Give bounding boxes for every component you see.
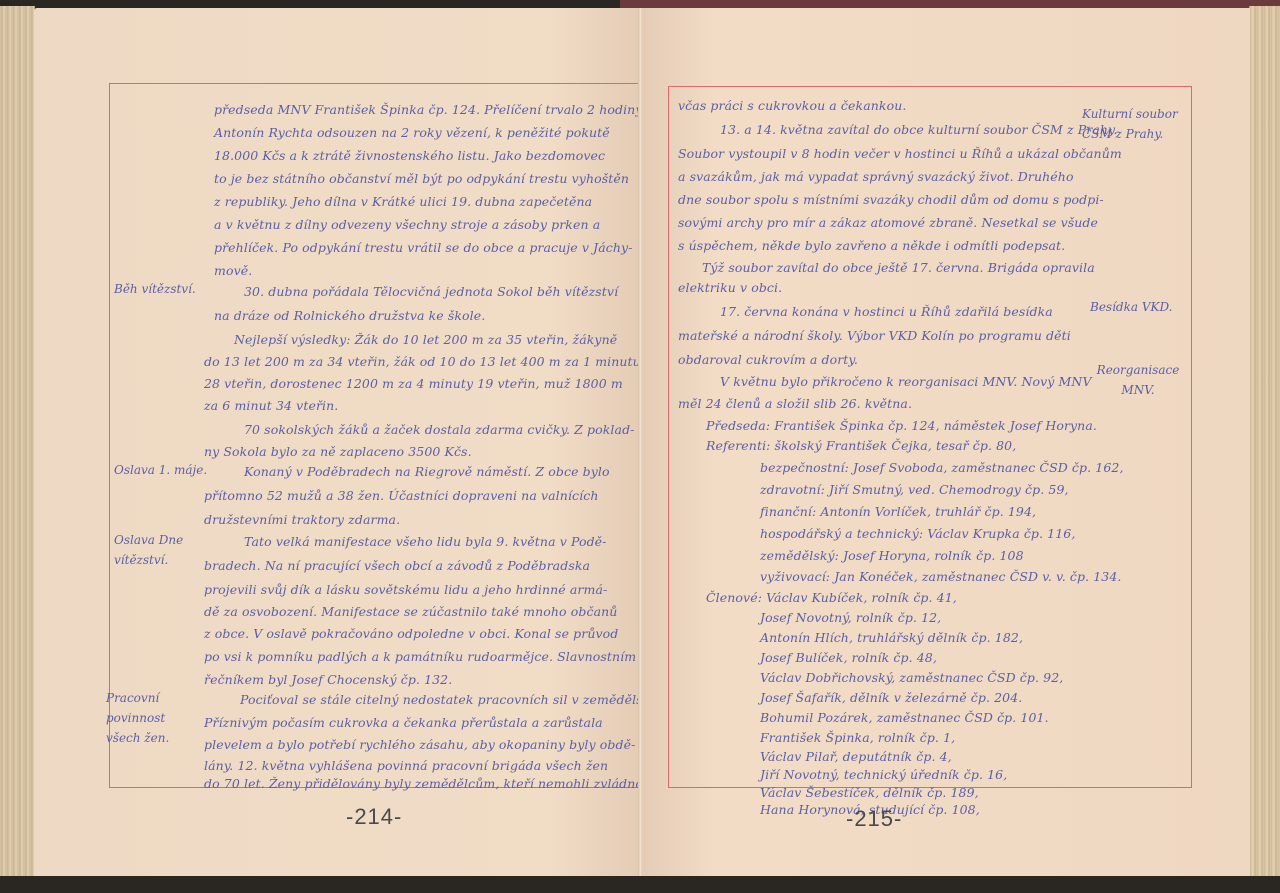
- text-line: mateřské a národní školy. Výbor VKD Kolí…: [678, 328, 1071, 343]
- text-line: Josef Bulíček, rolník čp. 48,: [760, 650, 937, 665]
- text-line: do 70 let. Ženy přidělovány byly zeměděl…: [204, 776, 656, 791]
- text-line: finanční: Antonín Vorlíček, truhlář čp. …: [760, 504, 1036, 519]
- margin-note: Reorganisace MNV.: [1090, 360, 1186, 400]
- text-line: Josef Šafařík, dělník v železárně čp. 20…: [760, 690, 1022, 705]
- text-line: Předseda: František Špinka čp. 124, námě…: [706, 418, 1097, 433]
- text-line: Jiří Novotný, technický úředník čp. 16,: [760, 767, 1007, 782]
- text-line: Josef Novotný, rolník čp. 12,: [760, 610, 941, 625]
- text-line: lány. 12. května vyhlášena povinná praco…: [204, 758, 608, 773]
- text-line: přehlíček. Po odpykání trestu vrátil se …: [214, 240, 633, 255]
- text-line: 13. a 14. května zavítal do obce kulturn…: [720, 122, 1118, 137]
- text-line: Týž soubor zavítal do obce ještě 17. čer…: [702, 260, 1095, 275]
- text-line: z obce. V oslavě pokračováno odpoledne v…: [204, 626, 618, 641]
- page-stack-left: [0, 6, 35, 876]
- page-number: -215-: [846, 806, 902, 832]
- open-book: předseda MNV František Špinka čp. 124. P…: [0, 0, 1280, 880]
- text-line: Antonín Rychta odsouzen na 2 roky vězení…: [214, 125, 610, 140]
- text-line: plevelem a bylo potřebí rychlého zásahu,…: [204, 737, 635, 752]
- margin-note: Besídka VKD.: [1090, 300, 1172, 314]
- text-line: zdravotní: Jiří Smutný, ved. Chemodrogy …: [760, 482, 1069, 497]
- text-line: Konaný v Poděbradech na Riegrově náměstí…: [244, 464, 610, 479]
- text-line: Příznivým počasím cukrovka a čekanka pře…: [204, 715, 603, 730]
- margin-note: Oslava Dne vítězství.: [114, 530, 194, 570]
- text-line: František Špinka, rolník čp. 1,: [760, 730, 955, 745]
- text-line: 28 vteřin, dorostenec 1200 m za 4 minuty…: [204, 376, 623, 391]
- text-line: Václav Pilař, deputátník čp. 4,: [760, 749, 952, 764]
- book-cover-edge: [620, 0, 1280, 8]
- left-page: předseda MNV František Špinka čp. 124. P…: [34, 8, 640, 876]
- text-line: družstevními traktory zdarma.: [204, 512, 400, 527]
- text-line: za 6 minut 34 vteřin.: [204, 398, 338, 413]
- text-line: 18.000 Kčs a k ztrátě živnostenského lis…: [214, 148, 605, 163]
- text-line: 70 sokolských žáků a žaček dostala zdarm…: [244, 422, 635, 437]
- page-stack-right: [1249, 6, 1280, 876]
- text-line: to je bez státního občanství měl být po …: [214, 171, 629, 186]
- text-line: ny Sokola bylo za ně zaplaceno 3500 Kčs.: [204, 444, 472, 459]
- text-line: Členové: Václav Kubíček, rolník čp. 41,: [706, 590, 957, 605]
- text-line: Referenti: školský František Čejka, tesa…: [706, 438, 1016, 453]
- text-line: obdaroval cukrovím a dorty.: [678, 352, 858, 367]
- text-line: dě za osvobození. Manifestace se zúčastn…: [204, 604, 617, 619]
- text-line: Soubor vystoupil v 8 hodin večer v hosti…: [678, 146, 1122, 161]
- text-line: hospodářský a technický: Václav Krupka č…: [760, 526, 1075, 541]
- page-number: -214-: [346, 804, 402, 830]
- text-line: včas práci s cukrovkou a čekankou.: [678, 98, 906, 113]
- text-line: 17. června konána v hostinci u Říhů zdař…: [720, 304, 1053, 319]
- text-line: dne soubor spolu s místními svazáky chod…: [678, 192, 1104, 207]
- margin-note: Běh vítězství.: [114, 282, 196, 296]
- text-line: zemědělský: Josef Horyna, rolník čp. 108: [760, 548, 1024, 563]
- margin-note: Pracovní povinnost všech žen.: [106, 688, 201, 748]
- text-line: mově.: [214, 263, 252, 278]
- text-line: Václav Šebestíček, dělník čp. 189,: [760, 785, 979, 800]
- text-line: bradech. Na ní pracující všech obcí a zá…: [204, 558, 590, 573]
- text-line: bezpečnostní: Josef Svoboda, zaměstnanec…: [760, 460, 1124, 475]
- text-line: V květnu bylo přikročeno k reorganisaci …: [720, 374, 1092, 389]
- text-line: sovými archy pro mír a zákaz atomové zbr…: [678, 215, 1098, 230]
- margin-note: Kulturní soubor ČSM z Prahy.: [1082, 104, 1182, 144]
- text-line: Nejlepší výsledky: Žák do 10 let 200 m z…: [234, 332, 617, 347]
- text-line: projevili svůj dík a lásku sovětskému li…: [204, 582, 607, 597]
- right-page: včas práci s cukrovkou a čekankou. 13. a…: [642, 8, 1250, 876]
- text-line: po vsi k pomníku padlých a k památníku r…: [204, 649, 636, 664]
- text-line: Bohumil Pozárek, zaměstnanec ČSD čp. 101…: [760, 710, 1049, 725]
- text-line: s úspěchem, někde bylo zavřeno a někde i…: [678, 238, 1065, 253]
- text-line: Václav Dobřichovský, zaměstnanec ČSD čp.…: [760, 670, 1063, 685]
- text-line: do 13 let 200 m za 34 vteřin, žák od 10 …: [204, 354, 641, 369]
- text-line: Pociťoval se stále citelný nedostatek pr…: [240, 692, 663, 707]
- text-line: a svazákům, jak má vypadat správný svazá…: [678, 169, 1074, 184]
- text-line: Tato velká manifestace všeho lidu byla 9…: [244, 534, 607, 549]
- margin-note: Oslava 1. máje.: [114, 463, 207, 477]
- text-line: předseda MNV František Špinka čp. 124. P…: [214, 102, 645, 117]
- text-line: měl 24 členů a složil slib 26. května.: [678, 396, 912, 411]
- text-line: a v květnu z dílny odvezeny všechny stro…: [214, 217, 600, 232]
- text-line: elektriku v obci.: [678, 280, 782, 295]
- text-line: na dráze od Rolnického družstva ke škole…: [214, 308, 485, 323]
- text-line: přítomno 52 mužů a 38 žen. Účastníci dop…: [204, 488, 598, 503]
- text-line: řečníkem byl Josef Chocenský čp. 132.: [204, 672, 452, 687]
- text-line: vyživovací: Jan Konéček, zaměstnanec ČSD…: [760, 569, 1121, 584]
- text-line: 30. dubna pořádala Tělocvičná jednota So…: [244, 284, 618, 299]
- text-line: Antonín Hlích, truhlářský dělník čp. 182…: [760, 630, 1023, 645]
- text-line: z republiky. Jeho dílna v Krátké ulici 1…: [214, 194, 592, 209]
